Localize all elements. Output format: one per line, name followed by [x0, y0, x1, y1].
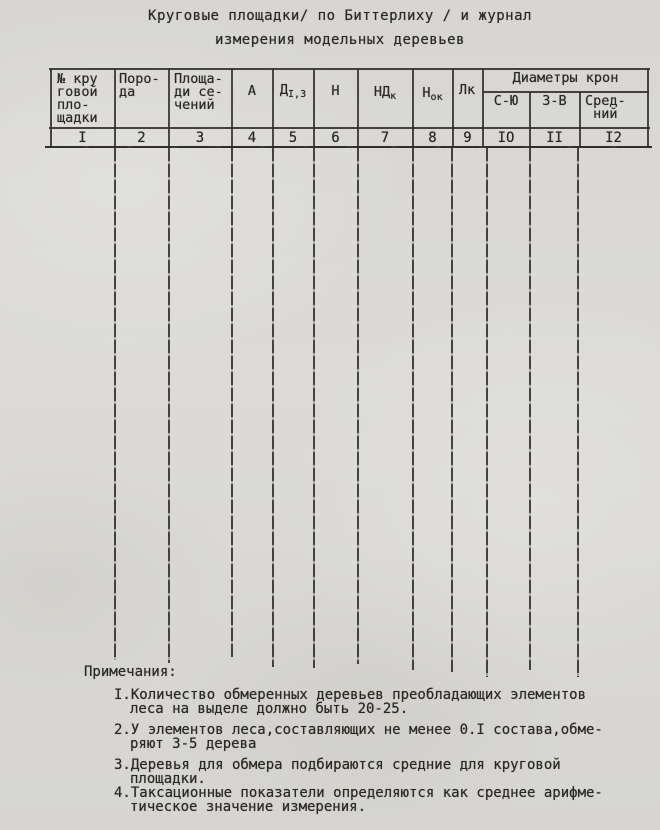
- col-header-ndk: НДк: [358, 86, 412, 100]
- col-number-7: 7: [358, 130, 412, 146]
- note-item-2: 2.У элементов леса,составляющих не менее…: [130, 723, 655, 751]
- numbers-row-bottom-rule: [45, 146, 652, 148]
- notes-heading: Примечания:: [84, 664, 177, 680]
- body-col-rule-7: [412, 148, 414, 670]
- col-number-1: I: [51, 130, 114, 146]
- body-col-rule-9: [486, 148, 488, 677]
- col-header-h: Н: [314, 85, 357, 98]
- col-number-4: 4: [232, 130, 272, 146]
- body-col-rule-4: [272, 148, 274, 667]
- col-number-3: 3: [169, 130, 231, 146]
- body-col-rule-2: [168, 148, 170, 663]
- col-header-lk: Лк: [452, 84, 482, 97]
- document-title-line-2: измерения модельных деревьев: [30, 32, 650, 48]
- col-header-d13: ДI,3: [273, 84, 313, 98]
- col-number-8: 8: [413, 130, 452, 146]
- col-header-average: Сред- ний: [585, 95, 647, 121]
- body-col-rule-1: [114, 148, 116, 660]
- document-title-line-1: Круговые площадки/ по Биттерлиху / и жур…: [30, 8, 650, 24]
- ndk-subscript: к: [390, 91, 396, 102]
- col-number-5: 5: [273, 130, 313, 146]
- col-header-north-south: С-Ю: [483, 95, 529, 108]
- body-col-rule-10: [529, 148, 531, 670]
- scanned-document-page: Круговые площадки/ по Биттерлиху / и жур…: [0, 0, 660, 830]
- col-number-6: 6: [314, 130, 357, 146]
- col-header-nok: Нок: [413, 87, 452, 101]
- body-col-rule-5: [313, 148, 315, 668]
- col-header-west-east: З-В: [530, 95, 579, 108]
- col-header-species: Поро- да: [119, 73, 167, 99]
- col-number-12: I2: [580, 130, 647, 146]
- note-item-4: 4.Таксационные показатели определяются к…: [130, 786, 655, 814]
- col-header-plot-number: № кру говой пло- щадки: [57, 73, 113, 125]
- col-header-cross-section-areas: Площа- ди се- чений: [174, 73, 230, 112]
- notes-list: I.Количество обмеренных деревьев преобла…: [130, 688, 655, 814]
- note-item-1: I.Количество обмеренных деревьев преобла…: [130, 688, 655, 716]
- nok-subscript: ок: [431, 92, 443, 103]
- col-number-10: IO: [483, 130, 529, 146]
- d13-subscript: I,3: [288, 89, 306, 100]
- crown-diameters-group-header: Диаметры крон: [483, 72, 648, 85]
- body-col-rule-8: [451, 148, 453, 672]
- col-number-2: 2: [115, 130, 168, 146]
- header-bottom-rule: [49, 127, 650, 129]
- col-number-9: 9: [453, 130, 482, 146]
- body-col-rule-3: [231, 148, 233, 657]
- body-col-rule-6: [357, 148, 359, 664]
- col-header-a: А: [232, 85, 272, 98]
- body-col-rule-11: [577, 148, 579, 677]
- col-number-11: II: [530, 130, 579, 146]
- note-item-3: 3.Деревья для обмера подбираются средние…: [130, 758, 655, 786]
